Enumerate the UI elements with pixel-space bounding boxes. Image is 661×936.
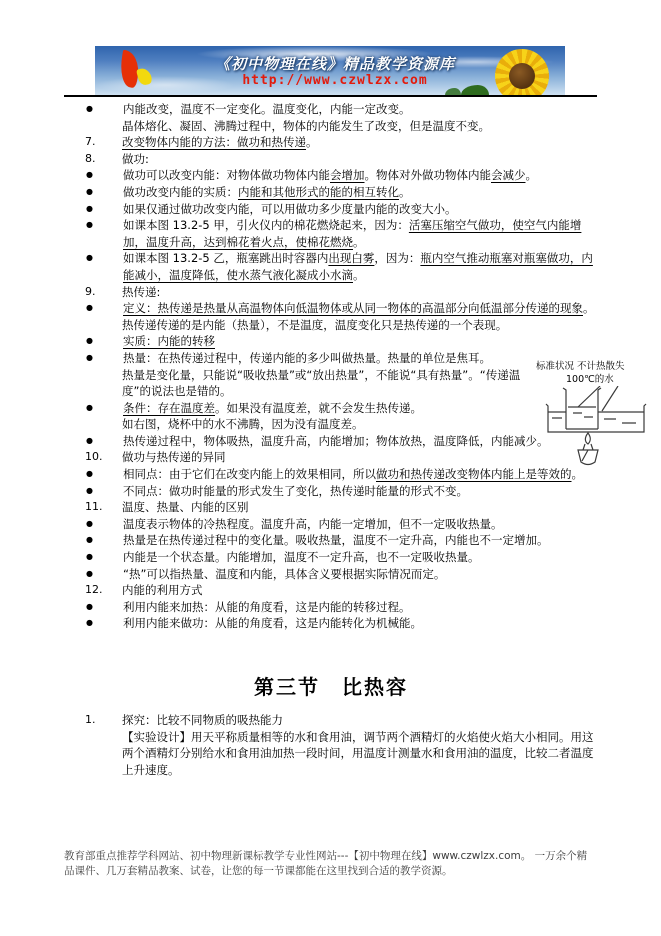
- item-number: [85, 367, 122, 400]
- document-page: 《初中物理在线》精品教学资源库 http://www.czwlzx.com ●内…: [0, 0, 661, 936]
- item-text: 利用内能来加热：从能的角度看，这是内能的转移过程。: [123, 599, 597, 616]
- list-item: ●定义：热传递是热量从高温物体向低温物体或从同一物体的高温部分向低温部分传递的现…: [85, 300, 597, 317]
- list-item: ●利用内能来做功：从能的角度看，这是内能转化为机械能。: [85, 615, 597, 632]
- list-item: ●如课本图 13.2-5 甲，引火仪内的棉花燃烧起来，因为：活塞压缩空气做功，使…: [85, 217, 597, 250]
- section-title: 第三节 比热容: [65, 671, 597, 700]
- list-item: ●热传递过程中，物体吸热，温度升高，内能增加；物体放热，温度降低，内能减少。: [85, 433, 597, 450]
- item-text: 如果仅通过做功改变内能，可以用做功多少度量内能的改变大小。: [123, 201, 597, 218]
- item-text: 温度、热量、内能的区别: [122, 499, 597, 516]
- item-text: 实质：内能的转移: [123, 333, 597, 350]
- footer-text: 教育部重点推荐学科网站、初中物理新课标教学专业性网站---【初中物理在线】www…: [64, 849, 597, 879]
- list-item: ●不同点：做功时能量的形式发生了变化，热传递时能量的形式不变。: [85, 483, 597, 500]
- item-text: 不同点：做功时能量的形式发生了变化，热传递时能量的形式不变。: [123, 483, 597, 500]
- item-text: 改变物体内能的方法：做功和热传递。: [122, 134, 597, 151]
- list-item: ●热量是在热传递过程中的变化量。吸收热量，温度不一定升高，内能也不一定增加。: [85, 532, 597, 549]
- item-text: 做功可以改变内能：对物体做功物体内能会增加。物体对外做功物体内能会减少。: [123, 167, 597, 184]
- item-text: 内能的利用方式: [122, 582, 597, 599]
- bullet-icon: ●: [85, 300, 123, 317]
- bullet-icon: ●: [85, 566, 123, 583]
- bullet-icon: ●: [85, 483, 123, 500]
- item-number: [85, 416, 122, 433]
- bullet-icon: ●: [85, 201, 123, 218]
- bullet-icon: ●: [85, 599, 123, 616]
- item-number: 8.: [85, 151, 122, 168]
- item-text: 热量是在热传递过程中的变化量。吸收热量，温度不一定升高，内能也不一定增加。: [123, 532, 597, 549]
- figure-water-label: 100℃的水: [566, 374, 660, 385]
- item-text: 热量：在热传递过程中，传递内能的多少叫做热量。热量的单位是焦耳。: [123, 350, 597, 367]
- list-item: ●内能是一个状态量。内能增加，温度不一定升高，也不一定吸收热量。: [85, 549, 597, 566]
- list-item: ●利用内能来加热：从能的角度看，这是内能的转移过程。: [85, 599, 597, 616]
- list-item: ●如果仅通过做功改变内能，可以用做功多少度量内能的改变大小。: [85, 201, 597, 218]
- bullet-icon: ●: [85, 532, 123, 549]
- item-text: 内能改变，温度不一定变化。温度变化，内能一定改变。: [123, 101, 597, 118]
- bullet-icon: ●: [85, 333, 123, 350]
- item-number: 11.: [85, 499, 122, 516]
- list-item: 8.做功:: [85, 151, 597, 168]
- list-item: 7.改变物体内能的方法：做功和热传递。: [85, 134, 597, 151]
- list-item: ●内能改变，温度不一定变化。温度变化，内能一定改变。: [85, 101, 597, 118]
- bullet-icon: ●: [85, 350, 123, 367]
- item-text: “热”可以指热量、温度和内能，具体含义要根据实际情况而定。: [123, 566, 597, 583]
- figure-caption: 标准状况 不计热散失: [536, 361, 660, 372]
- list-item: 12.内能的利用方式: [85, 582, 597, 599]
- bullet-icon: ●: [85, 250, 123, 283]
- list-item: ●条件：存在温度差。如果没有温度差，就不会发生热传递。: [85, 400, 597, 417]
- item-number: 9.: [85, 284, 122, 301]
- item-number: [85, 317, 122, 334]
- item-number: [85, 729, 122, 779]
- item-number: 10.: [85, 449, 122, 466]
- item-text: 相同点：由于它们在改变内能上的效果相同，所以做功和热传递改变物体内能上是等效的。: [123, 466, 597, 483]
- bullet-icon: ●: [85, 167, 123, 184]
- list-item: 热量是变化量，只能说“吸收热量”或“放出热量”，不能说“具有热量”。“传递温度”…: [85, 367, 597, 400]
- item-text: 如右图，烧杯中的水不沸腾，因为没有温度差。: [122, 416, 597, 433]
- list-item: ●相同点：由于它们在改变内能上的效果相同，所以做功和热传递改变物体内能上是等效的…: [85, 466, 597, 483]
- item-text: 探究：比较不同物质的吸热能力: [122, 712, 597, 729]
- item-text: 做功改变内能的实质：内能和其他形式的能的相互转化。: [123, 184, 597, 201]
- bullet-icon: ●: [85, 549, 123, 566]
- banner-url: http://www.czwlzx.com: [185, 73, 485, 88]
- list-item: 11.温度、热量、内能的区别: [85, 499, 597, 516]
- list-item: 如右图，烧杯中的水不沸腾，因为没有温度差。: [85, 416, 597, 433]
- bullet-icon: ●: [85, 101, 123, 118]
- item-text: 热传递传递的是内能（热量），不是温度，温度变化只是热传递的一个表现。: [122, 317, 597, 334]
- item-text: 热量是变化量，只能说“吸收热量”或“放出热量”，不能说“具有热量”。“传递温度”…: [122, 367, 597, 400]
- item-text: 热传递过程中，物体吸热，温度升高，内能增加；物体放热，温度降低，内能减少。: [123, 433, 597, 450]
- item-text: 热传递:: [122, 284, 597, 301]
- apparatus-figure: 标准状况 不计热散失 100℃的水: [536, 361, 660, 468]
- item-number: 7.: [85, 134, 122, 151]
- banner-title: 《初中物理在线》精品教学资源库: [175, 53, 495, 74]
- list-item: ●“热”可以指热量、温度和内能，具体含义要根据实际情况而定。: [85, 566, 597, 583]
- list-item: 1.探究：比较不同物质的吸热能力: [85, 712, 597, 729]
- item-number: [85, 118, 122, 135]
- bullet-icon: ●: [85, 516, 123, 533]
- list-item: 9.热传递:: [85, 284, 597, 301]
- item-text: 晶体熔化、凝固、沸腾过程中，物体的内能发生了改变，但是温度不变。: [122, 118, 597, 135]
- list-item: ●如课本图 13.2-5 乙，瓶塞跳出时容器内出现白雾，因为：瓶内空气推动瓶塞对…: [85, 250, 597, 283]
- list-item: ●温度表示物体的冷热程度。温度升高，内能一定增加，但不一定吸收热量。: [85, 516, 597, 533]
- header-divider: [64, 95, 597, 97]
- sunflower-image: [495, 49, 549, 95]
- apparatus-drawing: [542, 386, 652, 468]
- item-number: 12.: [85, 582, 122, 599]
- item-text: 做功与热传递的异同: [122, 449, 597, 466]
- bullet-icon: ●: [85, 217, 123, 250]
- item-number: 1.: [85, 712, 122, 729]
- list-item: ●做功改变内能的实质：内能和其他形式的能的相互转化。: [85, 184, 597, 201]
- section1-list: ●内能改变，温度不一定变化。温度变化，内能一定改变。晶体熔化、凝固、沸腾过程中，…: [85, 101, 597, 632]
- list-item: 热传递传递的是内能（热量），不是温度，温度变化只是热传递的一个表现。: [85, 317, 597, 334]
- list-item: ●实质：内能的转移: [85, 333, 597, 350]
- list-item: ●热量：在热传递过程中，传递内能的多少叫做热量。热量的单位是焦耳。: [85, 350, 597, 367]
- list-item: 晶体熔化、凝固、沸腾过程中，物体的内能发生了改变，但是温度不变。: [85, 118, 597, 135]
- bullet-icon: ●: [85, 400, 123, 417]
- item-text: 条件：存在温度差。如果没有温度差，就不会发生热传递。: [123, 400, 597, 417]
- list-item: ●做功可以改变内能：对物体做功物体内能会增加。物体对外做功物体内能会减少。: [85, 167, 597, 184]
- item-text: 利用内能来做功：从能的角度看，这是内能转化为机械能。: [123, 615, 597, 632]
- list-item: 10.做功与热传递的异同: [85, 449, 597, 466]
- item-text: 定义：热传递是热量从高温物体向低温物体或从同一物体的高温部分向低温部分传递的现象…: [123, 300, 597, 317]
- list-item: 【实验设计】用天平称质量相等的水和食用油，调节两个酒精灯的火焰使火焰大小相同。用…: [85, 729, 597, 779]
- item-text: 内能是一个状态量。内能增加，温度不一定升高，也不一定吸收热量。: [123, 549, 597, 566]
- item-text: 温度表示物体的冷热程度。温度升高，内能一定增加，但不一定吸收热量。: [123, 516, 597, 533]
- item-text: 如课本图 13.2-5 甲，引火仪内的棉花燃烧起来，因为：活塞压缩空气做功，使空…: [123, 217, 597, 250]
- section2-list: 1.探究：比较不同物质的吸热能力【实验设计】用天平称质量相等的水和食用油，调节两…: [85, 712, 597, 778]
- item-text: 如课本图 13.2-5 乙，瓶塞跳出时容器内出现白雾，因为：瓶内空气推动瓶塞对瓶…: [123, 250, 597, 283]
- bullet-icon: ●: [85, 615, 123, 632]
- bullet-icon: ●: [85, 433, 123, 450]
- plant-decoration: [445, 88, 461, 95]
- item-text: 做功:: [122, 151, 597, 168]
- banner-image: 《初中物理在线》精品教学资源库 http://www.czwlzx.com: [95, 46, 565, 95]
- bullet-icon: ●: [85, 466, 123, 483]
- item-text: 【实验设计】用天平称质量相等的水和食用油，调节两个酒精灯的火焰使火焰大小相同。用…: [122, 729, 597, 779]
- bullet-icon: ●: [85, 184, 123, 201]
